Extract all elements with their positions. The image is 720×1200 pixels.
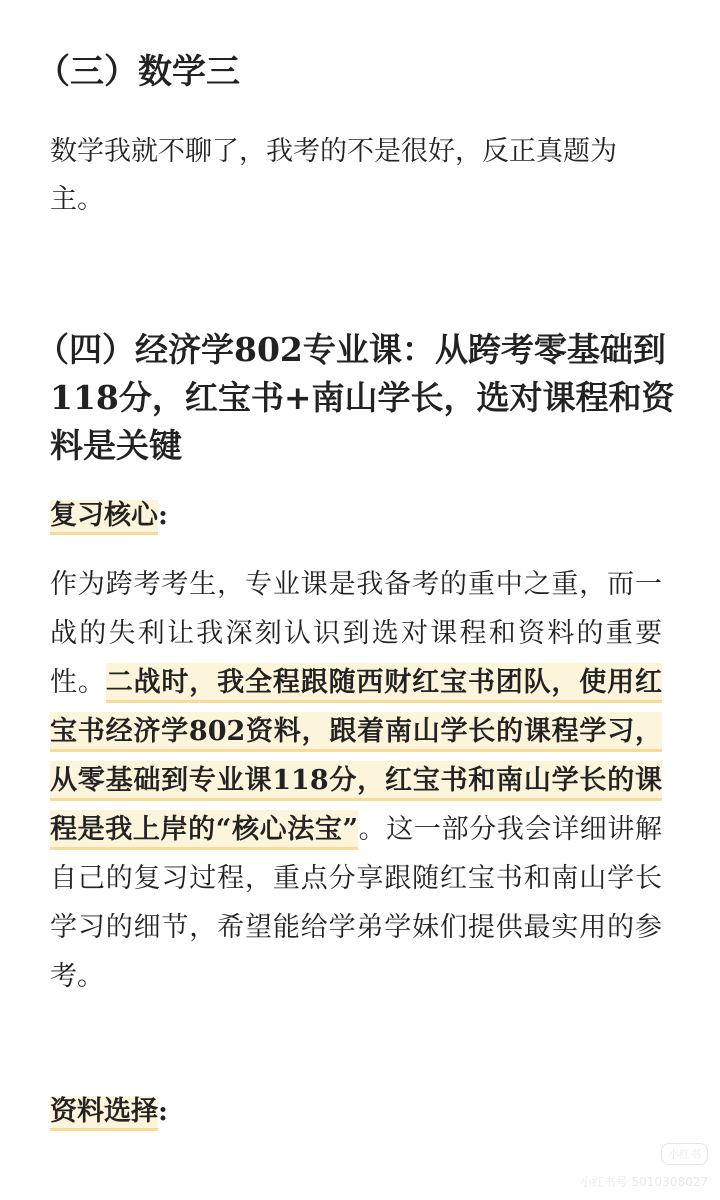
review-core-label: 复习核心: — [50, 496, 168, 536]
section-heading-economics: （四）经济学802专业课：从跨考零基础到118分，红宝书+南山学长，选对课程和资… — [50, 326, 690, 470]
review-core-colon: : — [158, 500, 168, 531]
watermark-logo: 小红书 — [661, 1143, 708, 1165]
article-page: （三）数学三 数学我就不聊了，我考的不是很好，反正真题为主。 （四）经济学802… — [0, 0, 720, 1200]
materials-label: 资料选择: — [50, 1092, 168, 1132]
watermark-id: 小红书号 5010308027 — [580, 1173, 708, 1190]
materials-colon: : — [158, 1096, 168, 1127]
watermark: 小红书 小红书号 5010308027 — [580, 1143, 708, 1190]
math-paragraph: 数学我就不聊了，我考的不是很好，反正真题为主。 — [50, 128, 650, 224]
section-heading-math: （三）数学三 — [50, 48, 240, 96]
section-heading-economics-text: （四）经济学802专业课：从跨考零基础到118分，红宝书+南山学长，选对课程和资… — [36, 330, 675, 465]
review-core-highlight: 复习核心 — [50, 500, 158, 535]
section-heading-math-text: （三）数学三 — [36, 52, 240, 92]
materials-highlight: 资料选择 — [50, 1096, 158, 1131]
review-core-paragraph: 作为跨考考生，专业课是我备考的重中之重，而一战的失利让我深刻认识到选对课程和资料… — [50, 560, 662, 1001]
